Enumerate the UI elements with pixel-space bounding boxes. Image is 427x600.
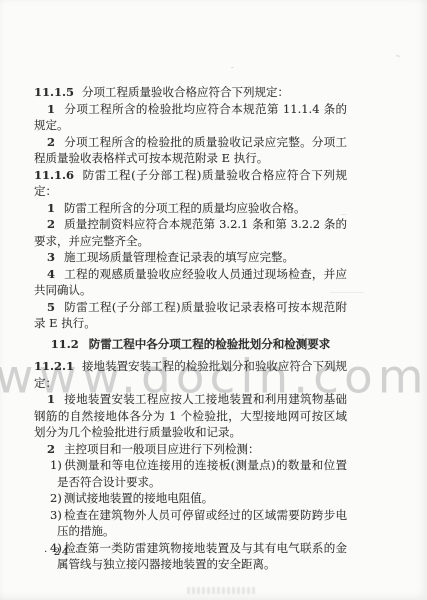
item-text: 接地装置安装工程应按人工接地装置和利用建筑物基础钢筋的自然接地体各分为 1 个检… bbox=[34, 392, 347, 439]
list-item: 1分项工程所含的检验批均应符合本规范第 11.1.4 条的规定。 bbox=[34, 101, 347, 134]
item-number: 1 bbox=[47, 102, 55, 116]
subitem-number: 3) bbox=[50, 508, 62, 522]
subitem-text: 检查在建筑物外人员可停留或经过的区域需要防跨步电压的措施。 bbox=[57, 508, 347, 539]
scan-speck bbox=[231, 67, 234, 68]
item-number: 3 bbox=[47, 250, 55, 264]
scan-speck bbox=[302, 334, 304, 336]
scanned-document-page: { "document": { "watermark": "www.docin.… bbox=[0, 0, 427, 600]
bottom-fineprint-watermark bbox=[187, 587, 257, 594]
scan-speck bbox=[341, 214, 346, 215]
subitem-text: 测试接地装置的接地电阻值。 bbox=[64, 491, 214, 505]
clause-number: 11.1.6 bbox=[34, 168, 74, 182]
item-text: 质量控制资料应符合本规范第 3.2.1 条和第 3.2.2 条的要求，并应完整齐… bbox=[34, 217, 347, 248]
item-number: 1 bbox=[47, 392, 55, 406]
item-text: 防雷工程所含的分项工程的质量均应验收合格。 bbox=[64, 201, 306, 215]
section-number: 11.2 bbox=[51, 337, 79, 351]
item-number: 2 bbox=[47, 135, 55, 149]
clause-number: 11.2.1 bbox=[34, 359, 74, 373]
clause-11-1-5: 11.1.5分项工程质量验收合格应符合下列规定： bbox=[34, 84, 347, 101]
item-text: 施工现场质量管理检查记录表的填写应完整。 bbox=[64, 250, 294, 264]
list-item: 4工程的观感质量验收应经验收人员通过现场检查，并应共同确认。 bbox=[34, 266, 347, 299]
clause-number: 11.1.5 bbox=[34, 85, 74, 99]
list-item: 3施工现场质量管理检查记录表的填写应完整。 bbox=[34, 249, 347, 266]
list-item: 2质量控制资料应符合本规范第 3.2.1 条和第 3.2.2 条的要求，并应完整… bbox=[34, 216, 347, 249]
sub-list-item: 2)测试接地装置的接地电阻值。 bbox=[34, 490, 347, 507]
list-item: 2分项工程所含的检验批的质量验收记录应完整。分项工程质量验收表格样式可按本规范附… bbox=[34, 134, 347, 167]
document-text-column: 11.1.5分项工程质量验收合格应符合下列规定： 1分项工程所含的检验批均应符合… bbox=[34, 84, 347, 573]
item-number: 2 bbox=[47, 442, 55, 456]
section-title: 防雷工程中各分项工程的检验批划分和检测要求 bbox=[89, 337, 331, 351]
item-text: 工程的观感质量验收应经验收人员通过现场检查，并应共同确认。 bbox=[34, 267, 347, 298]
clause-text: 防雷工程(子分部工程)质量验收合格应符合下列规定： bbox=[34, 168, 347, 199]
list-item: 1防雷工程所含的分项工程的质量均应验收合格。 bbox=[34, 200, 347, 217]
item-number: 1 bbox=[47, 201, 55, 215]
subitem-text: 供测量和等电位连接用的连接板(测量点)的数量和位置是否符合设计要求。 bbox=[57, 458, 347, 489]
list-item: 1接地装置安装工程应按人工接地装置和利用建筑物基础钢筋的自然接地体各分为 1 个… bbox=[34, 391, 347, 441]
clause-11-2-1: 11.2.1接地装置安装工程的检验批划分和验收应符合下列规定： bbox=[34, 358, 347, 391]
list-item: 5防雷工程(子分部工程)质量验收记录表格可按本规范附录 E 执行。 bbox=[34, 299, 347, 332]
scan-speck bbox=[330, 292, 364, 293]
list-item: 2主控项目和一般项目应进行下列检测： bbox=[34, 441, 347, 458]
page-number: · 24 · bbox=[44, 546, 80, 558]
item-number: 4 bbox=[47, 267, 55, 281]
scan-speck bbox=[396, 54, 400, 57]
item-text: 防雷工程(子分部工程)质量验收记录表格可按本规范附录 E 执行。 bbox=[34, 300, 347, 331]
subitem-number: 1) bbox=[50, 458, 62, 472]
item-text: 主控项目和一般项目应进行下列检测： bbox=[64, 442, 260, 456]
sub-list-item: 4)检查第一类防雷建筑物接地装置及与其有电气联系的金属管线与独立接闪器接地装置的… bbox=[34, 540, 347, 573]
item-text: 分项工程所含的检验批的质量验收记录应完整。分项工程质量验收表格样式可按本规范附录… bbox=[34, 135, 347, 166]
section-heading-11-2: 11.2防雷工程中各分项工程的检验批划分和检测要求 bbox=[34, 336, 347, 353]
subitem-number: 2) bbox=[50, 491, 62, 505]
item-number: 5 bbox=[47, 300, 55, 314]
sub-list-item: 1)供测量和等电位连接用的连接板(测量点)的数量和位置是否符合设计要求。 bbox=[34, 457, 347, 490]
clause-11-1-6: 11.1.6防雷工程(子分部工程)质量验收合格应符合下列规定： bbox=[34, 167, 347, 200]
clause-text: 分项工程质量验收合格应符合下列规定： bbox=[82, 85, 289, 99]
item-text: 分项工程所含的检验批均应符合本规范第 11.1.4 条的规定。 bbox=[34, 102, 347, 133]
subitem-text: 检查第一类防雷建筑物接地装置及与其有电气联系的金属管线与独立接闪器接地装置的安全… bbox=[57, 541, 347, 572]
sub-list-item: 3)检查在建筑物外人员可停留或经过的区域需要防跨步电压的措施。 bbox=[34, 507, 347, 540]
item-number: 2 bbox=[47, 217, 55, 231]
clause-text: 接地装置安装工程的检验批划分和验收应符合下列规定： bbox=[34, 359, 347, 390]
